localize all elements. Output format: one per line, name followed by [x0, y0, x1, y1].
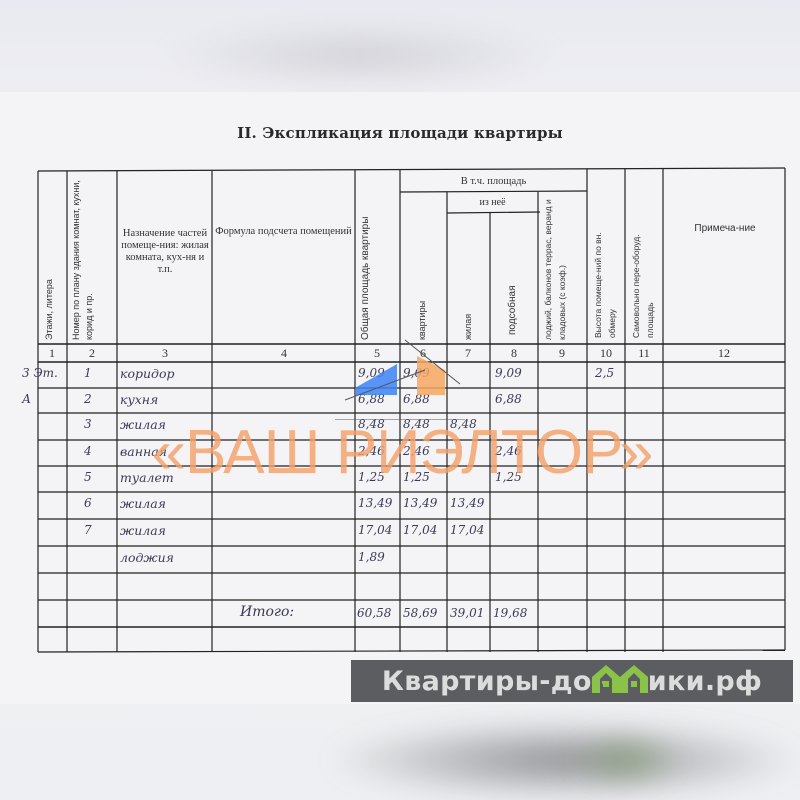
cell-total: 1,89: [358, 550, 385, 564]
column-number: 12: [704, 345, 744, 361]
cell-apartment: 13,49: [403, 496, 437, 510]
cell-name: жилая: [120, 496, 166, 511]
cell-name: кухня: [120, 392, 158, 407]
site-logo-banner: Квартиры-до ики.рф: [351, 660, 793, 702]
cell-auxiliary: 6,88: [495, 392, 522, 406]
cell-living: 13,49: [450, 496, 484, 510]
cell-no: 5: [84, 470, 92, 484]
logo-text-suffix: ики.рф: [648, 666, 762, 697]
totals-living: 39,01: [450, 606, 484, 620]
house-icon: [592, 663, 648, 700]
column-number: 4: [264, 345, 304, 361]
cell-floor: 3 Эт.: [22, 366, 58, 380]
cell-name: лоджия: [120, 550, 174, 565]
header-room-purpose: Назначение частей помеще-ния: жилая комн…: [119, 192, 211, 312]
cell-no: 2: [84, 392, 92, 406]
column-number: 9: [542, 345, 582, 361]
header-formula: Формула подсчета помещений: [213, 212, 354, 252]
column-number: 11: [624, 345, 664, 361]
watermark-text: «ВАШ РИЭЛТОР»: [112, 418, 692, 488]
cell-no: 1: [84, 366, 92, 380]
header-of-it: из неё: [447, 193, 538, 212]
header-note: Примеча-ние: [680, 212, 770, 246]
cell-auxiliary: 9,09: [495, 366, 522, 380]
house-logo-icon: [335, 320, 475, 420]
header-unauthorized: Самовольно пере-оборуд. площадь: [629, 203, 657, 338]
totals-auxiliary: 19,68: [493, 606, 527, 620]
column-number: 3: [145, 345, 185, 361]
header-total-area: Общая площадь квартиры: [360, 200, 372, 340]
totals-label: Итого:: [240, 604, 294, 620]
cell-apartment: 17,04: [403, 523, 437, 537]
logo-text-prefix: Квартиры-до: [382, 666, 592, 697]
column-number: 10: [586, 345, 626, 361]
column-number: 8: [494, 345, 534, 361]
header-auxiliary: подсобная: [508, 286, 518, 336]
cell-name: жилая: [120, 523, 166, 538]
header-room-number: Номер по плану здания комнат, кухни, кор…: [70, 180, 96, 340]
header-floor: Этажи, литера: [44, 279, 54, 340]
header-including-area: В т.ч. площадь: [400, 172, 587, 191]
cell-no: 4: [84, 444, 92, 458]
column-number: 2: [72, 345, 112, 361]
column-number: 1: [32, 345, 72, 361]
totals-apartment: 58,69: [403, 606, 437, 620]
cell-floor: А: [22, 392, 31, 406]
cell-no: 3: [84, 417, 92, 431]
cell-no: 7: [84, 523, 92, 537]
cell-name: коридор: [120, 366, 175, 381]
cell-living: 17,04: [450, 523, 484, 537]
totals-total: 60,58: [357, 606, 391, 620]
cell-no: 6: [84, 496, 92, 510]
header-loggia: лоджий, балконов террас, веранд и кладов…: [541, 195, 569, 340]
cell-total: 17,04: [358, 523, 392, 537]
cell-total: 13,49: [358, 496, 392, 510]
cell-height: 2,5: [595, 366, 614, 380]
header-height: Высота помеще-ний по вн. обмеру: [591, 203, 619, 338]
